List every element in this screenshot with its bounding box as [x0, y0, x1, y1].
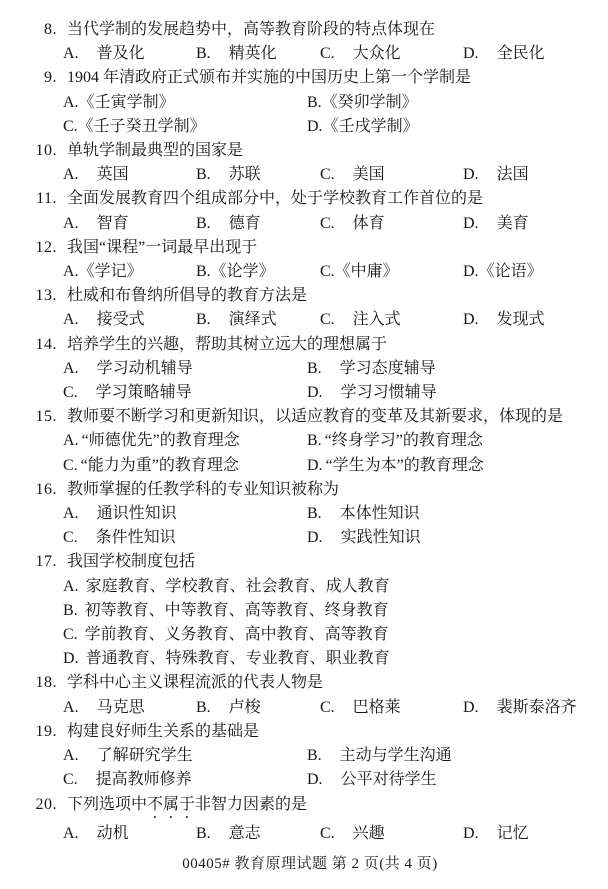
option-a: A.英国: [63, 163, 196, 187]
option-letter: A.: [63, 163, 79, 187]
option-b: B.精英化: [196, 42, 320, 66]
option-b: B.主动与学生沟通: [307, 744, 600, 768]
option-b: B.意志: [196, 822, 320, 846]
question-stem: 20.下列选项中不属于非智力因素的是: [20, 793, 600, 822]
options-grid4: A.《学记》B.《论学》C.《中庸》D.《论语》: [63, 260, 600, 284]
option-text: 英国: [97, 166, 129, 183]
question-stem: 15.教师要不断学习和更新知识，以适应教育的变革及其新要求，体现的是: [20, 405, 600, 429]
question-stem: 14.培养学生的兴趣，帮助其树立远大的理想属于: [20, 333, 600, 357]
question-number: 17.: [20, 550, 57, 574]
option-text: 全民化: [497, 45, 545, 62]
option-letter: C.: [320, 212, 335, 236]
option-text: 裴斯泰洛齐: [497, 699, 577, 716]
option-letter: A.: [63, 575, 79, 599]
option-letter: B.: [196, 822, 211, 846]
option-text: “学生为本”的教育理念: [326, 457, 484, 474]
option-letter: C.: [63, 454, 78, 478]
option-letter: C.: [320, 163, 335, 187]
option-letter: A.: [63, 822, 79, 846]
option-b: B.本体性知识: [307, 502, 600, 526]
option-text: 《壬寅学制》: [79, 94, 175, 111]
question-text: 我国“课程”一词最早出现于: [67, 239, 257, 256]
option-a: A.了解研究学生: [63, 744, 307, 768]
option-letter: C.: [320, 822, 335, 846]
option-d: D.美育: [463, 212, 600, 236]
option-letter: D.: [463, 42, 479, 66]
option-letter: A.: [63, 744, 79, 768]
question: 16.教师掌握的任教学科的专业知识被称为A.通识性知识B.本体性知识C.条件性知…: [20, 478, 600, 551]
option-a: A.“师德优先”的教育理念: [63, 429, 307, 453]
option-a: A.家庭教育、学校教育、社会教育、成人教育: [63, 575, 600, 599]
option-b: B.德育: [196, 212, 320, 236]
emphasized-stem-segment: 不属于: [147, 796, 195, 813]
option-a: A.《壬寅学制》: [63, 91, 307, 115]
option-b: B.《癸卯学制》: [307, 91, 600, 115]
question-text: 教师要不断学习和更新知识，以适应教育的变革及其新要求，体现的是: [67, 408, 563, 425]
option-d: D.公平对待学生: [307, 768, 600, 792]
option-a: A.动机: [63, 822, 196, 846]
options-grid4: A.普及化B.精英化C.大众化D.全民化: [63, 42, 600, 66]
question-text: 学科中心主义课程流派的代表人物是: [67, 674, 323, 691]
option-c: C.《中庸》: [320, 260, 463, 284]
option-text: 苏联: [229, 166, 261, 183]
option-text: 美国: [353, 166, 385, 183]
option-b: B.《论学》: [196, 260, 320, 284]
option-text: 动机: [97, 825, 129, 842]
options-grid4: A.接受式B.演绎式C.注入式D.发现式: [63, 308, 600, 332]
question: 19.构建良好师生关系的基础是A.了解研究学生B.主动与学生沟通C.提高教师修养…: [20, 720, 600, 793]
option-text: 了解研究学生: [97, 747, 193, 764]
option-c: C.学前教育、义务教育、高中教育、高等教育: [63, 623, 600, 647]
question-number: 8.: [20, 18, 57, 42]
option-text: “终身学习”的教育理念: [325, 432, 483, 449]
option-letter: D.: [307, 454, 323, 478]
option-letter: B.: [63, 599, 78, 623]
question: 17.我国学校制度包括A.家庭教育、学校教育、社会教育、成人教育B.初等教育、中…: [20, 550, 600, 671]
options-grid4: A.智育B.德育C.体育D.美育: [63, 212, 600, 236]
option-d: D.裴斯泰洛齐: [463, 696, 600, 720]
option-text: 学前教育、义务教育、高中教育、高等教育: [85, 626, 389, 643]
stem-segment: 构建良好师生关系的基础是: [67, 723, 259, 740]
option-text: 《壬子癸丑学制》: [78, 118, 206, 135]
option-letter: B.: [307, 429, 322, 453]
question: 11.全面发展教育四个组成部分中，处于学校教育工作首位的是A.智育B.德育C.体…: [20, 187, 600, 235]
stem-segment: 我国学校制度包括: [67, 553, 195, 570]
option-letter: A.: [63, 502, 79, 526]
option-text: “师德优先”的教育理念: [82, 432, 240, 449]
option-text: 《壬戌学制》: [323, 118, 419, 135]
question-stem: 8.当代学制的发展趋势中，高等教育阶段的特点体现在: [20, 18, 600, 42]
question: 20.下列选项中不属于非智力因素的是A.动机B.意志C.兴趣D.记忆: [20, 793, 600, 846]
option-text: 主动与学生沟通: [340, 747, 452, 764]
stem-segment: 1904 年清政府正式颁布并实施的中国历史上第一个学制是: [67, 69, 471, 86]
option-text: 家庭教育、学校教育、社会教育、成人教育: [86, 578, 390, 595]
question-number: 18.: [20, 671, 57, 695]
question: 14.培养学生的兴趣，帮助其树立远大的理想属于A.学习动机辅导B.学习态度辅导C…: [20, 333, 600, 406]
option-b: B.学习态度辅导: [307, 357, 600, 381]
option-text: 普通教育、特殊教育、专业教育、职业教育: [86, 650, 390, 667]
option-text: 卢梭: [229, 699, 261, 716]
option-letter: D.: [463, 308, 479, 332]
question: 18.学科中心主义课程流派的代表人物是A.马克思B.卢梭C.巴格莱D.裴斯泰洛齐: [20, 671, 600, 719]
option-text: 注入式: [353, 311, 401, 328]
stem-segment: 非智力因素的是: [195, 796, 307, 813]
option-letter: B.: [307, 744, 322, 768]
question-number: 12.: [20, 236, 57, 260]
option-c: C.巴格莱: [320, 696, 463, 720]
option-text: 《癸卯学制》: [322, 94, 418, 111]
question-list: 8.当代学制的发展趋势中，高等教育阶段的特点体现在A.普及化B.精英化C.大众化…: [20, 18, 600, 846]
option-text: 演绎式: [229, 311, 277, 328]
stem-segment: 当代学制的发展趋势中，高等教育阶段的特点体现在: [67, 21, 435, 38]
option-letter: A.: [63, 212, 79, 236]
question-stem: 18.学科中心主义课程流派的代表人物是: [20, 671, 600, 695]
option-letter: D.: [463, 212, 479, 236]
option-text: 美育: [497, 215, 529, 232]
option-letter: D.: [307, 381, 323, 405]
question-stem: 10.单轨学制最典型的国家是: [20, 139, 600, 163]
option-a: A.《学记》: [63, 260, 196, 284]
option-c: C.体育: [320, 212, 463, 236]
option-c: C.大众化: [320, 42, 463, 66]
option-letter: C.: [63, 623, 78, 647]
question-stem: 11.全面发展教育四个组成部分中，处于学校教育工作首位的是: [20, 187, 600, 211]
option-d: D.实践性知识: [307, 526, 600, 550]
stem-segment: 教师要不断学习和更新知识，以适应教育的变革及其新要求，体现的是: [67, 408, 563, 425]
option-b: B.“终身学习”的教育理念: [307, 429, 600, 453]
question-text: 我国学校制度包括: [67, 553, 195, 570]
option-text: 普及化: [97, 45, 145, 62]
option-b: B.初等教育、中等教育、高等教育、终身教育: [63, 599, 600, 623]
option-text: 精英化: [229, 45, 277, 62]
option-c: C.“能力为重”的教育理念: [63, 454, 307, 478]
question: 13.杜威和布鲁纳所倡导的教育方法是A.接受式B.演绎式C.注入式D.发现式: [20, 284, 600, 332]
question-stem: 19.构建良好师生关系的基础是: [20, 720, 600, 744]
option-b: B.卢梭: [196, 696, 320, 720]
question-text: 教师掌握的任教学科的专业知识被称为: [67, 481, 339, 498]
question-number: 14.: [20, 333, 57, 357]
option-text: 《中庸》: [335, 263, 399, 280]
option-letter: C.: [63, 768, 78, 792]
option-text: 发现式: [497, 311, 545, 328]
option-letter: A.: [63, 429, 79, 453]
question-number: 10.: [20, 139, 57, 163]
option-letter: A.: [63, 260, 79, 284]
option-letter: A.: [63, 42, 79, 66]
question-number: 19.: [20, 720, 57, 744]
option-letter: B.: [307, 91, 322, 115]
option-d: D.《壬戌学制》: [307, 115, 600, 139]
option-c: C.兴趣: [320, 822, 463, 846]
option-text: 体育: [353, 215, 385, 232]
option-text: 学习习惯辅导: [341, 384, 437, 401]
option-letter: D.: [463, 822, 479, 846]
option-letter: B.: [307, 357, 322, 381]
options-rows: A.家庭教育、学校教育、社会教育、成人教育B.初等教育、中等教育、高等教育、终身…: [63, 575, 600, 672]
option-c: C.《壬子癸丑学制》: [63, 115, 307, 139]
option-letter: B.: [307, 502, 322, 526]
option-letter: D.: [63, 647, 79, 671]
option-c: C.注入式: [320, 308, 463, 332]
option-letter: B.: [196, 42, 211, 66]
option-c: C.提高教师修养: [63, 768, 307, 792]
option-text: 接受式: [97, 311, 145, 328]
option-letter: A.: [63, 91, 79, 115]
option-text: 条件性知识: [96, 529, 176, 546]
stem-segment: 全面发展教育四个组成部分中，处于学校教育工作首位的是: [67, 190, 483, 207]
stem-segment: 教师掌握的任教学科的专业知识被称为: [67, 481, 339, 498]
option-letter: C.: [63, 526, 78, 550]
question-text: 培养学生的兴趣，帮助其树立远大的理想属于: [67, 336, 387, 353]
option-letter: B.: [196, 163, 211, 187]
stem-segment: 单轨学制最典型的国家是: [67, 142, 243, 159]
option-text: 实践性知识: [341, 529, 421, 546]
options-grid2: A.学习动机辅导B.学习态度辅导C.学习策略辅导D.学习习惯辅导: [63, 357, 600, 405]
page-footer: 00405# 教育原理试题 第 2 页(共 4 页): [20, 852, 600, 876]
option-text: 马克思: [97, 699, 145, 716]
option-text: 意志: [229, 825, 261, 842]
options-grid2: A.“师德优先”的教育理念B.“终身学习”的教育理念C.“能力为重”的教育理念D…: [63, 429, 600, 477]
option-text: 本体性知识: [340, 505, 420, 522]
question-text: 构建良好师生关系的基础是: [67, 723, 259, 740]
question-number: 16.: [20, 478, 57, 502]
option-letter: D.: [463, 696, 479, 720]
option-letter: C.: [320, 42, 335, 66]
question-text: 全面发展教育四个组成部分中，处于学校教育工作首位的是: [67, 190, 483, 207]
option-letter: B.: [196, 260, 211, 284]
option-text: 大众化: [353, 45, 401, 62]
option-text: 通识性知识: [97, 505, 177, 522]
option-c: C.条件性知识: [63, 526, 307, 550]
option-a: A.普及化: [63, 42, 196, 66]
option-letter: A.: [63, 696, 79, 720]
option-d: D.普通教育、特殊教育、专业教育、职业教育: [63, 647, 600, 671]
option-b: B.演绎式: [196, 308, 320, 332]
option-letter: D.: [463, 260, 479, 284]
option-letter: D.: [307, 526, 323, 550]
option-text: 德育: [229, 215, 261, 232]
question-stem: 13.杜威和布鲁纳所倡导的教育方法是: [20, 284, 600, 308]
option-text: 初等教育、中等教育、高等教育、终身教育: [85, 602, 389, 619]
option-letter: A.: [63, 357, 79, 381]
option-a: A.通识性知识: [63, 502, 307, 526]
option-letter: B.: [196, 212, 211, 236]
option-d: D.法国: [463, 163, 600, 187]
option-text: 《论语》: [479, 263, 543, 280]
option-text: 智育: [97, 215, 129, 232]
question-number: 20.: [20, 793, 57, 817]
option-letter: C.: [320, 260, 335, 284]
option-letter: A.: [63, 308, 79, 332]
option-letter: D.: [463, 163, 479, 187]
option-c: C.学习策略辅导: [63, 381, 307, 405]
options-grid2: A.《壬寅学制》B.《癸卯学制》C.《壬子癸丑学制》D.《壬戌学制》: [63, 91, 600, 139]
option-text: “能力为重”的教育理念: [81, 457, 239, 474]
option-text: 记忆: [497, 825, 529, 842]
option-text: 学习策略辅导: [96, 384, 192, 401]
options-grid4: A.英国B.苏联C.美国D.法国: [63, 163, 600, 187]
option-letter: C.: [320, 696, 335, 720]
question-stem: 9.1904 年清政府正式颁布并实施的中国历史上第一个学制是: [20, 66, 600, 90]
question-number: 13.: [20, 284, 57, 308]
option-d: D.《论语》: [463, 260, 600, 284]
question: 15.教师要不断学习和更新知识，以适应教育的变革及其新要求，体现的是A.“师德优…: [20, 405, 600, 478]
question-text: 当代学制的发展趋势中，高等教育阶段的特点体现在: [67, 21, 435, 38]
question-text: 单轨学制最典型的国家是: [67, 142, 243, 159]
question-number: 15.: [20, 405, 57, 429]
option-a: A.智育: [63, 212, 196, 236]
option-d: D.“学生为本”的教育理念: [307, 454, 600, 478]
question-text: 下列选项中不属于非智力因素的是: [67, 796, 307, 813]
option-d: D.全民化: [463, 42, 600, 66]
option-text: 《论学》: [211, 263, 275, 280]
option-a: A.马克思: [63, 696, 196, 720]
options-grid2: A.通识性知识B.本体性知识C.条件性知识D.实践性知识: [63, 502, 600, 550]
option-letter: C.: [63, 381, 78, 405]
question: 10.单轨学制最典型的国家是A.英国B.苏联C.美国D.法国: [20, 139, 600, 187]
stem-segment: 学科中心主义课程流派的代表人物是: [67, 674, 323, 691]
option-text: 兴趣: [353, 825, 385, 842]
option-letter: B.: [196, 308, 211, 332]
option-text: 巴格莱: [353, 699, 401, 716]
question-text: 1904 年清政府正式颁布并实施的中国历史上第一个学制是: [67, 69, 471, 86]
stem-segment: 下列选项中: [67, 796, 147, 813]
options-grid2: A.了解研究学生B.主动与学生沟通C.提高教师修养D.公平对待学生: [63, 744, 600, 792]
option-text: 学习态度辅导: [340, 360, 436, 377]
option-d: D.记忆: [463, 822, 600, 846]
question-stem: 12.我国“课程”一词最早出现于: [20, 236, 600, 260]
option-letter: C.: [63, 115, 78, 139]
option-text: 《学记》: [79, 263, 143, 280]
option-letter: D.: [307, 115, 323, 139]
options-grid4: A.动机B.意志C.兴趣D.记忆: [63, 822, 600, 846]
question-number: 11.: [20, 187, 57, 211]
option-d: D.学习习惯辅导: [307, 381, 600, 405]
option-text: 提高教师修养: [96, 771, 192, 788]
exam-page: 8.当代学制的发展趋势中，高等教育阶段的特点体现在A.普及化B.精英化C.大众化…: [0, 0, 608, 889]
option-text: 法国: [497, 166, 529, 183]
option-c: C.美国: [320, 163, 463, 187]
question: 12.我国“课程”一词最早出现于A.《学记》B.《论学》C.《中庸》D.《论语》: [20, 236, 600, 284]
option-text: 学习动机辅导: [97, 360, 193, 377]
option-letter: B.: [196, 696, 211, 720]
question-text: 杜威和布鲁纳所倡导的教育方法是: [67, 287, 307, 304]
question: 9.1904 年清政府正式颁布并实施的中国历史上第一个学制是A.《壬寅学制》B.…: [20, 66, 600, 139]
option-a: A.接受式: [63, 308, 196, 332]
option-d: D.发现式: [463, 308, 600, 332]
stem-segment: 我国“课程”一词最早出现于: [67, 239, 257, 256]
option-b: B.苏联: [196, 163, 320, 187]
question-stem: 16.教师掌握的任教学科的专业知识被称为: [20, 478, 600, 502]
option-letter: C.: [320, 308, 335, 332]
stem-segment: 培养学生的兴趣，帮助其树立远大的理想属于: [67, 336, 387, 353]
option-a: A.学习动机辅导: [63, 357, 307, 381]
question-number: 9.: [20, 66, 57, 90]
option-text: 公平对待学生: [341, 771, 437, 788]
question-stem: 17.我国学校制度包括: [20, 550, 600, 574]
question: 8.当代学制的发展趋势中，高等教育阶段的特点体现在A.普及化B.精英化C.大众化…: [20, 18, 600, 66]
options-grid4: A.马克思B.卢梭C.巴格莱D.裴斯泰洛齐: [63, 696, 600, 720]
stem-segment: 杜威和布鲁纳所倡导的教育方法是: [67, 287, 307, 304]
option-letter: D.: [307, 768, 323, 792]
